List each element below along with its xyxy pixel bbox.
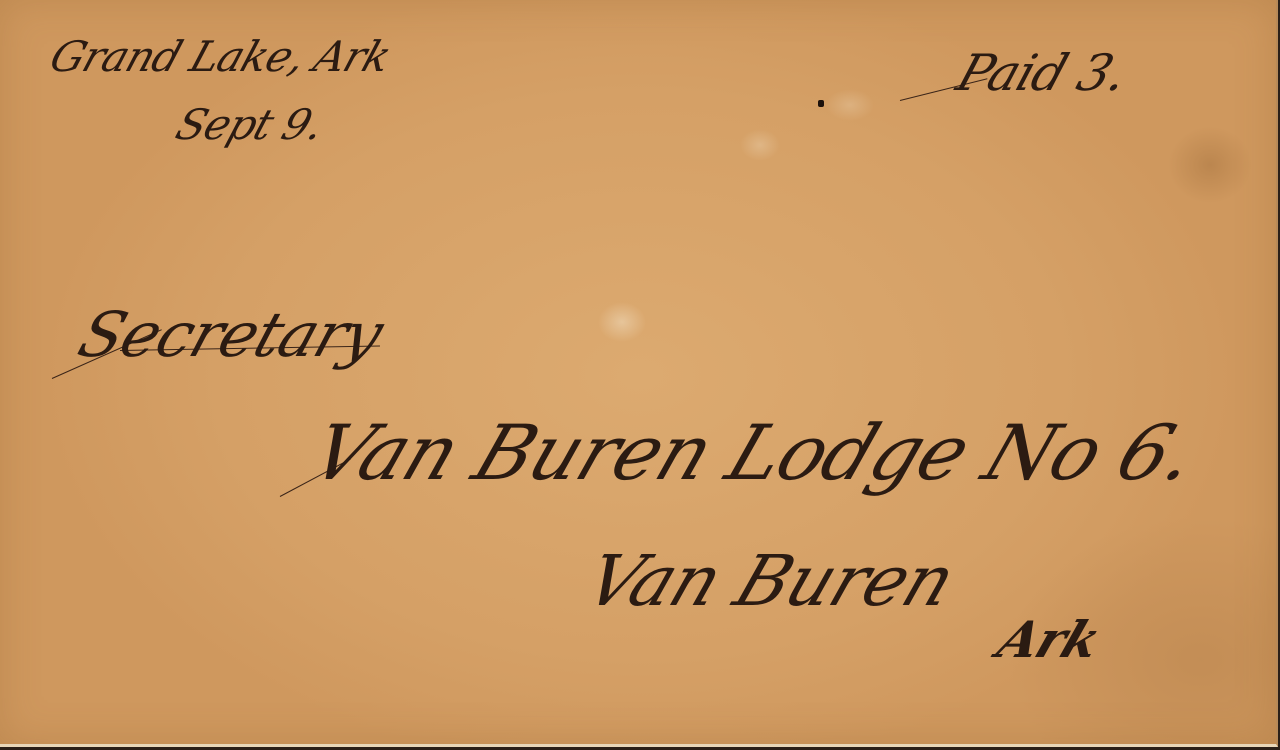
addressee-name-text: Van Buren Lodge No 6. — [300, 408, 1209, 497]
addressee-state-text: Ark — [990, 610, 1108, 669]
addressee-city-text: Van Buren — [575, 540, 966, 622]
return-place-text: Grand Lake, Ark — [44, 32, 397, 81]
addressee-title-text: Secretary — [70, 298, 391, 371]
return-date-text: Sept 9. — [170, 100, 330, 149]
envelope: Grand Lake, Ark Sept 9. Paid 3. Secretar… — [0, 0, 1278, 747]
postage-paid-text: Paid 3. — [950, 44, 1135, 102]
ink-blot — [818, 100, 824, 107]
